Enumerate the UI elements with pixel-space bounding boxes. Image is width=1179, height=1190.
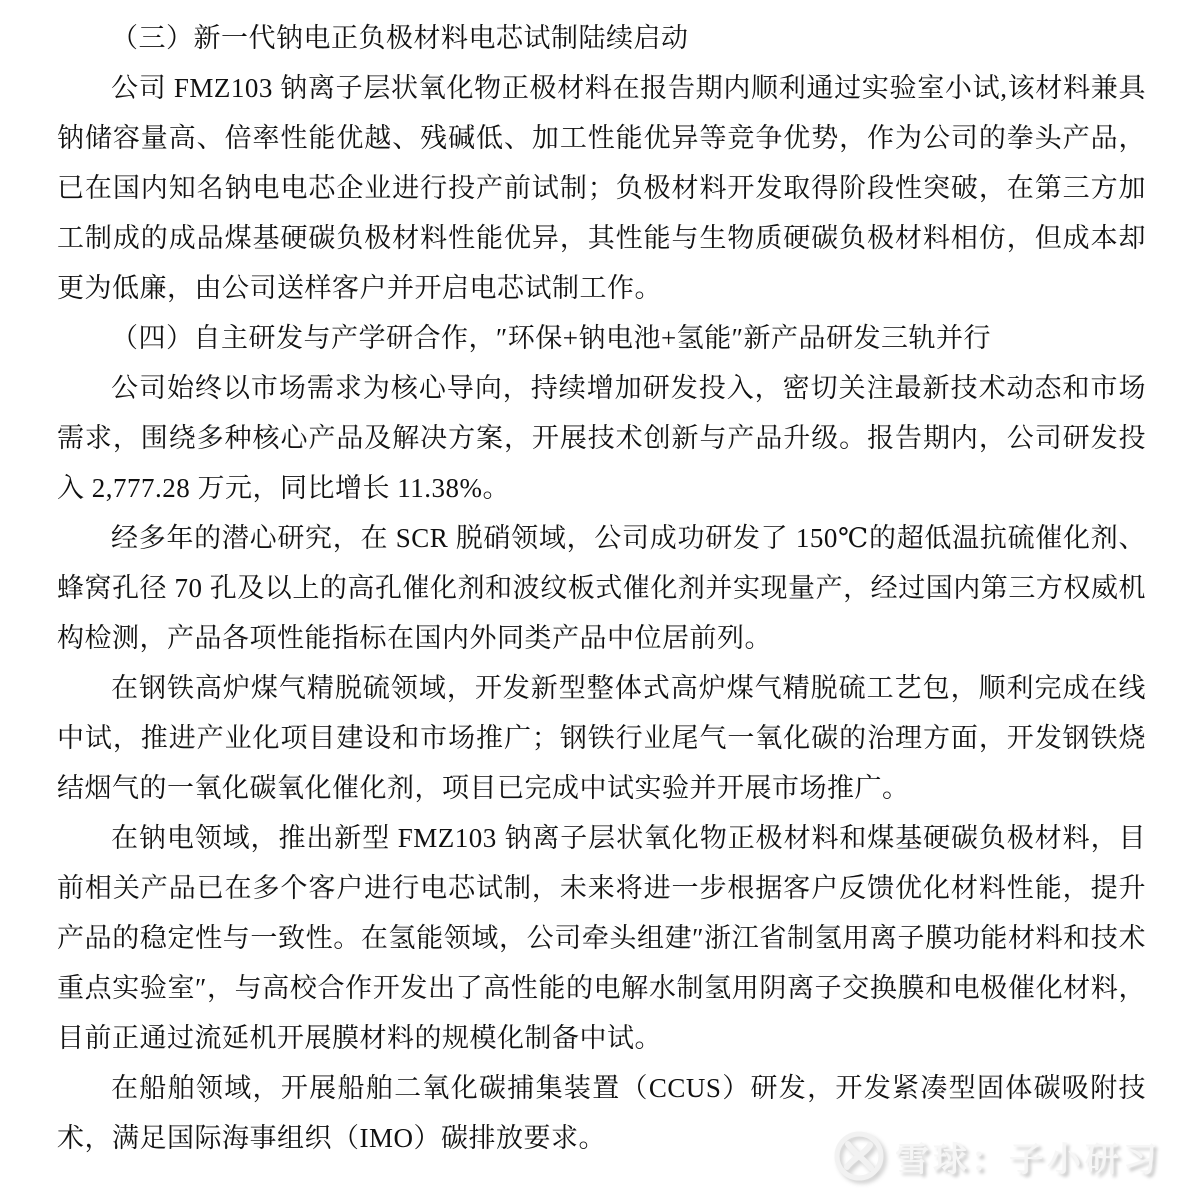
section-heading-3: （三）新一代钠电正负极材料电芯试制陆续启动	[57, 13, 1146, 63]
paragraph: 经多年的潜心研究，在 SCR 脱硝领域，公司成功研发了 150℃的超低温抗硫催化…	[57, 513, 1146, 663]
section-heading-4: （四）自主研发与产学研合作，″环保+钠电池+氢能″新产品研发三轨并行	[57, 313, 1146, 363]
report-body: （三）新一代钠电正负极材料电芯试制陆续启动 公司 FMZ103 钠离子层状氧化物…	[0, 0, 1179, 1163]
paragraph: 在钠电领域，推出新型 FMZ103 钠离子层状氧化物正极材料和煤基硬碳负极材料，…	[57, 813, 1146, 1063]
paragraph: 在钢铁高炉煤气精脱硫领域，开发新型整体式高炉煤气精脱硫工艺包，顺利完成在线中试，…	[57, 663, 1146, 813]
paragraph: 公司 FMZ103 钠离子层状氧化物正极材料在报告期内顺利通过实验室小试,该材料…	[57, 63, 1146, 313]
xueqiu-snowball-logo-icon	[833, 1130, 885, 1182]
watermark-text: 雪球：子小研习	[895, 1132, 1161, 1181]
watermark: 雪球：子小研习	[833, 1130, 1161, 1182]
paragraph: 公司始终以市场需求为核心导向，持续增加研发投入，密切关注最新技术动态和市场需求，…	[57, 363, 1146, 513]
report-page: { "page": { "background_color": "#ffffff…	[0, 0, 1179, 1190]
